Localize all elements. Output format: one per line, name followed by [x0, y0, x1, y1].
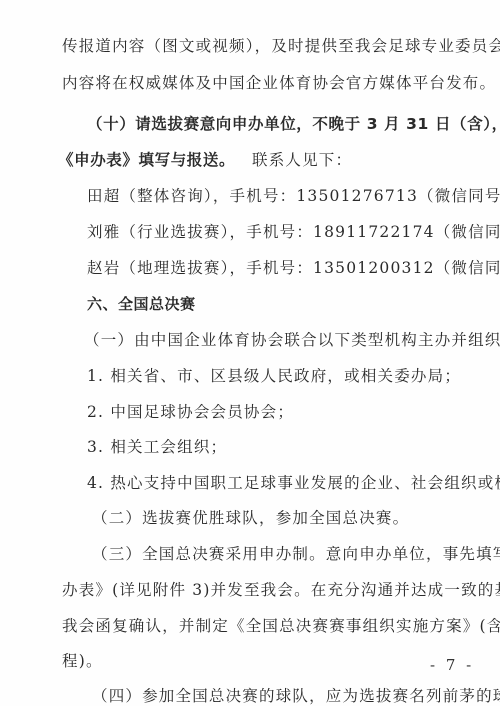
list-item: 4. 热心支持中国职工足球事业发展的企业、社会组织或机构。 [87, 473, 500, 493]
paragraph-line: （三）全国总决赛采用申办制。意向申办单位，事先填写《申 [92, 544, 500, 564]
list-item: 1. 相关省、市、区县级人民政府，或相关委办局； [87, 366, 461, 386]
paragraph-line: 我会函复确认，并制定《全国总决赛赛事组织实施方案》(含赛事规 [62, 616, 500, 636]
contact-liu-ya: 刘雅（行业选拔赛），手机号：18911722174（微信同号）； [87, 222, 500, 242]
section-heading-national-finals: 六、全国总决赛 [87, 294, 196, 314]
contact-tian-chao: 田超（整体咨询），手机号：13501276713（微信同号）； [87, 186, 500, 206]
page-number: - 7 - [430, 656, 474, 674]
paragraph-line: （四）参加全国总决赛的球队，应为选拔赛名列前茅的球队。 [92, 686, 500, 706]
contact-zhao-yan: 赵岩（地理选拔赛），手机号：13501200312（微信同号）。 [87, 258, 500, 278]
paragraph-line: 传报道内容（图文或视频），及时提供至我会足球专业委员会。优质 [62, 36, 500, 56]
section-ten-line: （十）请选拔赛意向申办单位，不晚于 3 月 31 日（含），完成 [87, 114, 500, 134]
paragraph-line: 内容将在权威媒体及中国企业体育协会官方媒体平台发布。 [62, 73, 496, 93]
section-ten-continuation: 《申办表》填写与报送。 [58, 150, 235, 170]
paragraph-line: 办表》(详见附件 3)并发至我会。在充分沟通并达成一致的基础上， [62, 580, 500, 600]
document-page: 传报道内容（图文或视频），及时提供至我会足球专业委员会。优质 内容将在权威媒体及… [0, 0, 500, 706]
contacts-intro: 联系人见下： [252, 150, 352, 170]
list-item: 3. 相关工会组织； [87, 437, 227, 457]
paragraph-line: （一）由中国企业体育协会联合以下类型机构主办并组织实施。 [84, 330, 500, 350]
list-item: 2. 中国足球协会会员协会； [87, 402, 294, 422]
paragraph-line: （二）选拔赛优胜球队，参加全国总决赛。 [92, 508, 409, 528]
paragraph-line: 程)。 [62, 651, 103, 671]
